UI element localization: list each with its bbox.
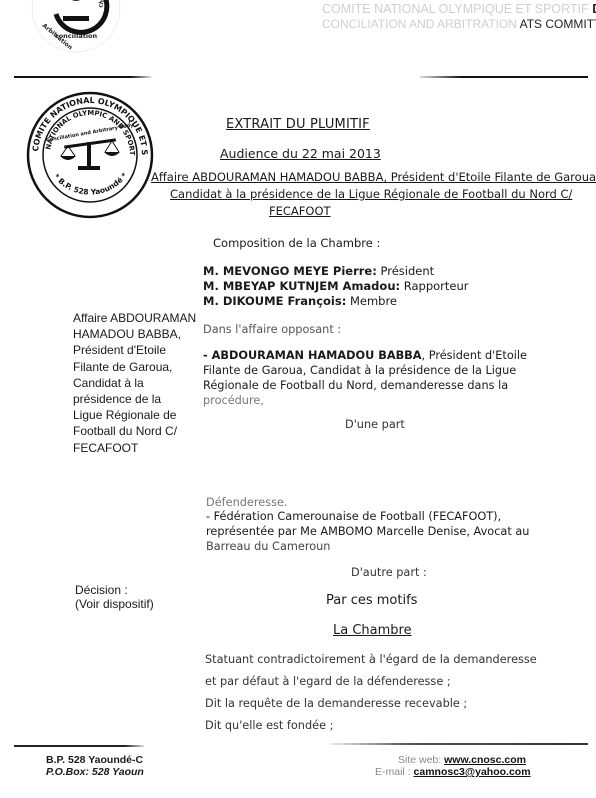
footer-divider-right (330, 743, 588, 745)
dispositif-line: Statuant contradictoirement à l'égard de… (205, 653, 537, 666)
case-title-line-1: Affaire ABDOURAMAN HAMADOU BABBA, Présid… (151, 170, 596, 184)
chamber-member: M. MEVONGO MEYE Pierre: Président (203, 264, 434, 278)
decision-note: Décision : (Voir dispositif) (75, 583, 154, 611)
hearing-date: Audience du 22 mai 2013 (220, 146, 381, 161)
stamp-seal-icon: COMITE NATIONAL OLYMPIQUE ET SPORTIF DU … (24, 90, 156, 220)
scales-of-justice-icon (60, 138, 120, 170)
dautre-part-label: D'autre part : (351, 566, 427, 579)
case-title-line-2: Candidat à la présidence de la Ligue Rég… (170, 187, 572, 201)
footer-divider-left (14, 745, 144, 747)
footer-website: Site web: www.cnosc.com (398, 754, 526, 766)
footer-address-en: P.O.Box: 528 Yaoun (46, 766, 144, 778)
defendant-line: Barreau du Cameroun (206, 540, 330, 553)
dispositif-line: et par défaut à l'egard de la défenderes… (205, 675, 451, 688)
case-summary-margin: Affaire ABDOURAMAN HAMADOU BABBA, Présid… (73, 310, 195, 456)
header-divider-left (14, 76, 151, 78)
plaintiff-line: - ABDOURAMAN HAMADOU BABBA, Président d'… (203, 349, 527, 362)
website-link[interactable]: www.cnosc.com (444, 754, 526, 766)
header-divider-right (420, 76, 588, 78)
chamber-heading: La Chambre (333, 623, 412, 638)
dune-part-label: D'une part (345, 418, 405, 431)
footer-address-fr: B.P. 528 Yaoundé-C (46, 754, 143, 766)
case-title-line-3: FECAFOOT (269, 204, 331, 218)
plaintiff-line: Filante de Garoua, Candidat à la préside… (203, 364, 516, 377)
parties-intro: Dans l'affaire opposant : (203, 323, 341, 336)
plaintiff-line: procédure, (203, 394, 264, 407)
footer-email: E-mail : camnosc3@yahoo.com (375, 766, 531, 778)
emblem-logo-icon: conciliation Arbitration chamber (30, 0, 122, 62)
org-name-line2: CONCILIATION AND ARBITRATION ATS COMMITT… (322, 17, 596, 31)
chamber-emblem: conciliation Arbitration chamber (30, 0, 122, 62)
chamber-member: M. MBEYAP KUTNJEM Amadou: Rapporteur (203, 279, 469, 293)
dispositif-line: Dit la requête de la demanderesse receva… (205, 697, 467, 710)
defendant-line: - Fédération Camerounaise de Football (F… (206, 510, 501, 523)
motifs-heading: Par ces motifs (326, 593, 417, 608)
svg-text:chamber: chamber (97, 0, 111, 9)
org-name-line1: COMITE NATIONAL OLYMPIQUE ET SPORTIF DU … (322, 2, 596, 16)
chamber-member: M. DIKOUME François: Membre (203, 294, 397, 308)
composition-label: Composition de la Chambre : (213, 236, 380, 250)
official-stamp: COMITE NATIONAL OLYMPIQUE ET SPORTIF DU … (24, 90, 156, 220)
plaintiff-line: Régionale de Football du Nord, demandere… (203, 379, 508, 392)
defendant-line: représentée par Me AMBOMO Marcelle Denis… (206, 525, 529, 538)
defendant-label: Défenderesse. (206, 496, 288, 509)
document-title: EXTRAIT DU PLUMITIF (226, 117, 370, 132)
email-link[interactable]: camnosc3@yahoo.com (414, 766, 531, 778)
dispositif-line: Dit qu'elle est fondée ; (205, 719, 333, 732)
